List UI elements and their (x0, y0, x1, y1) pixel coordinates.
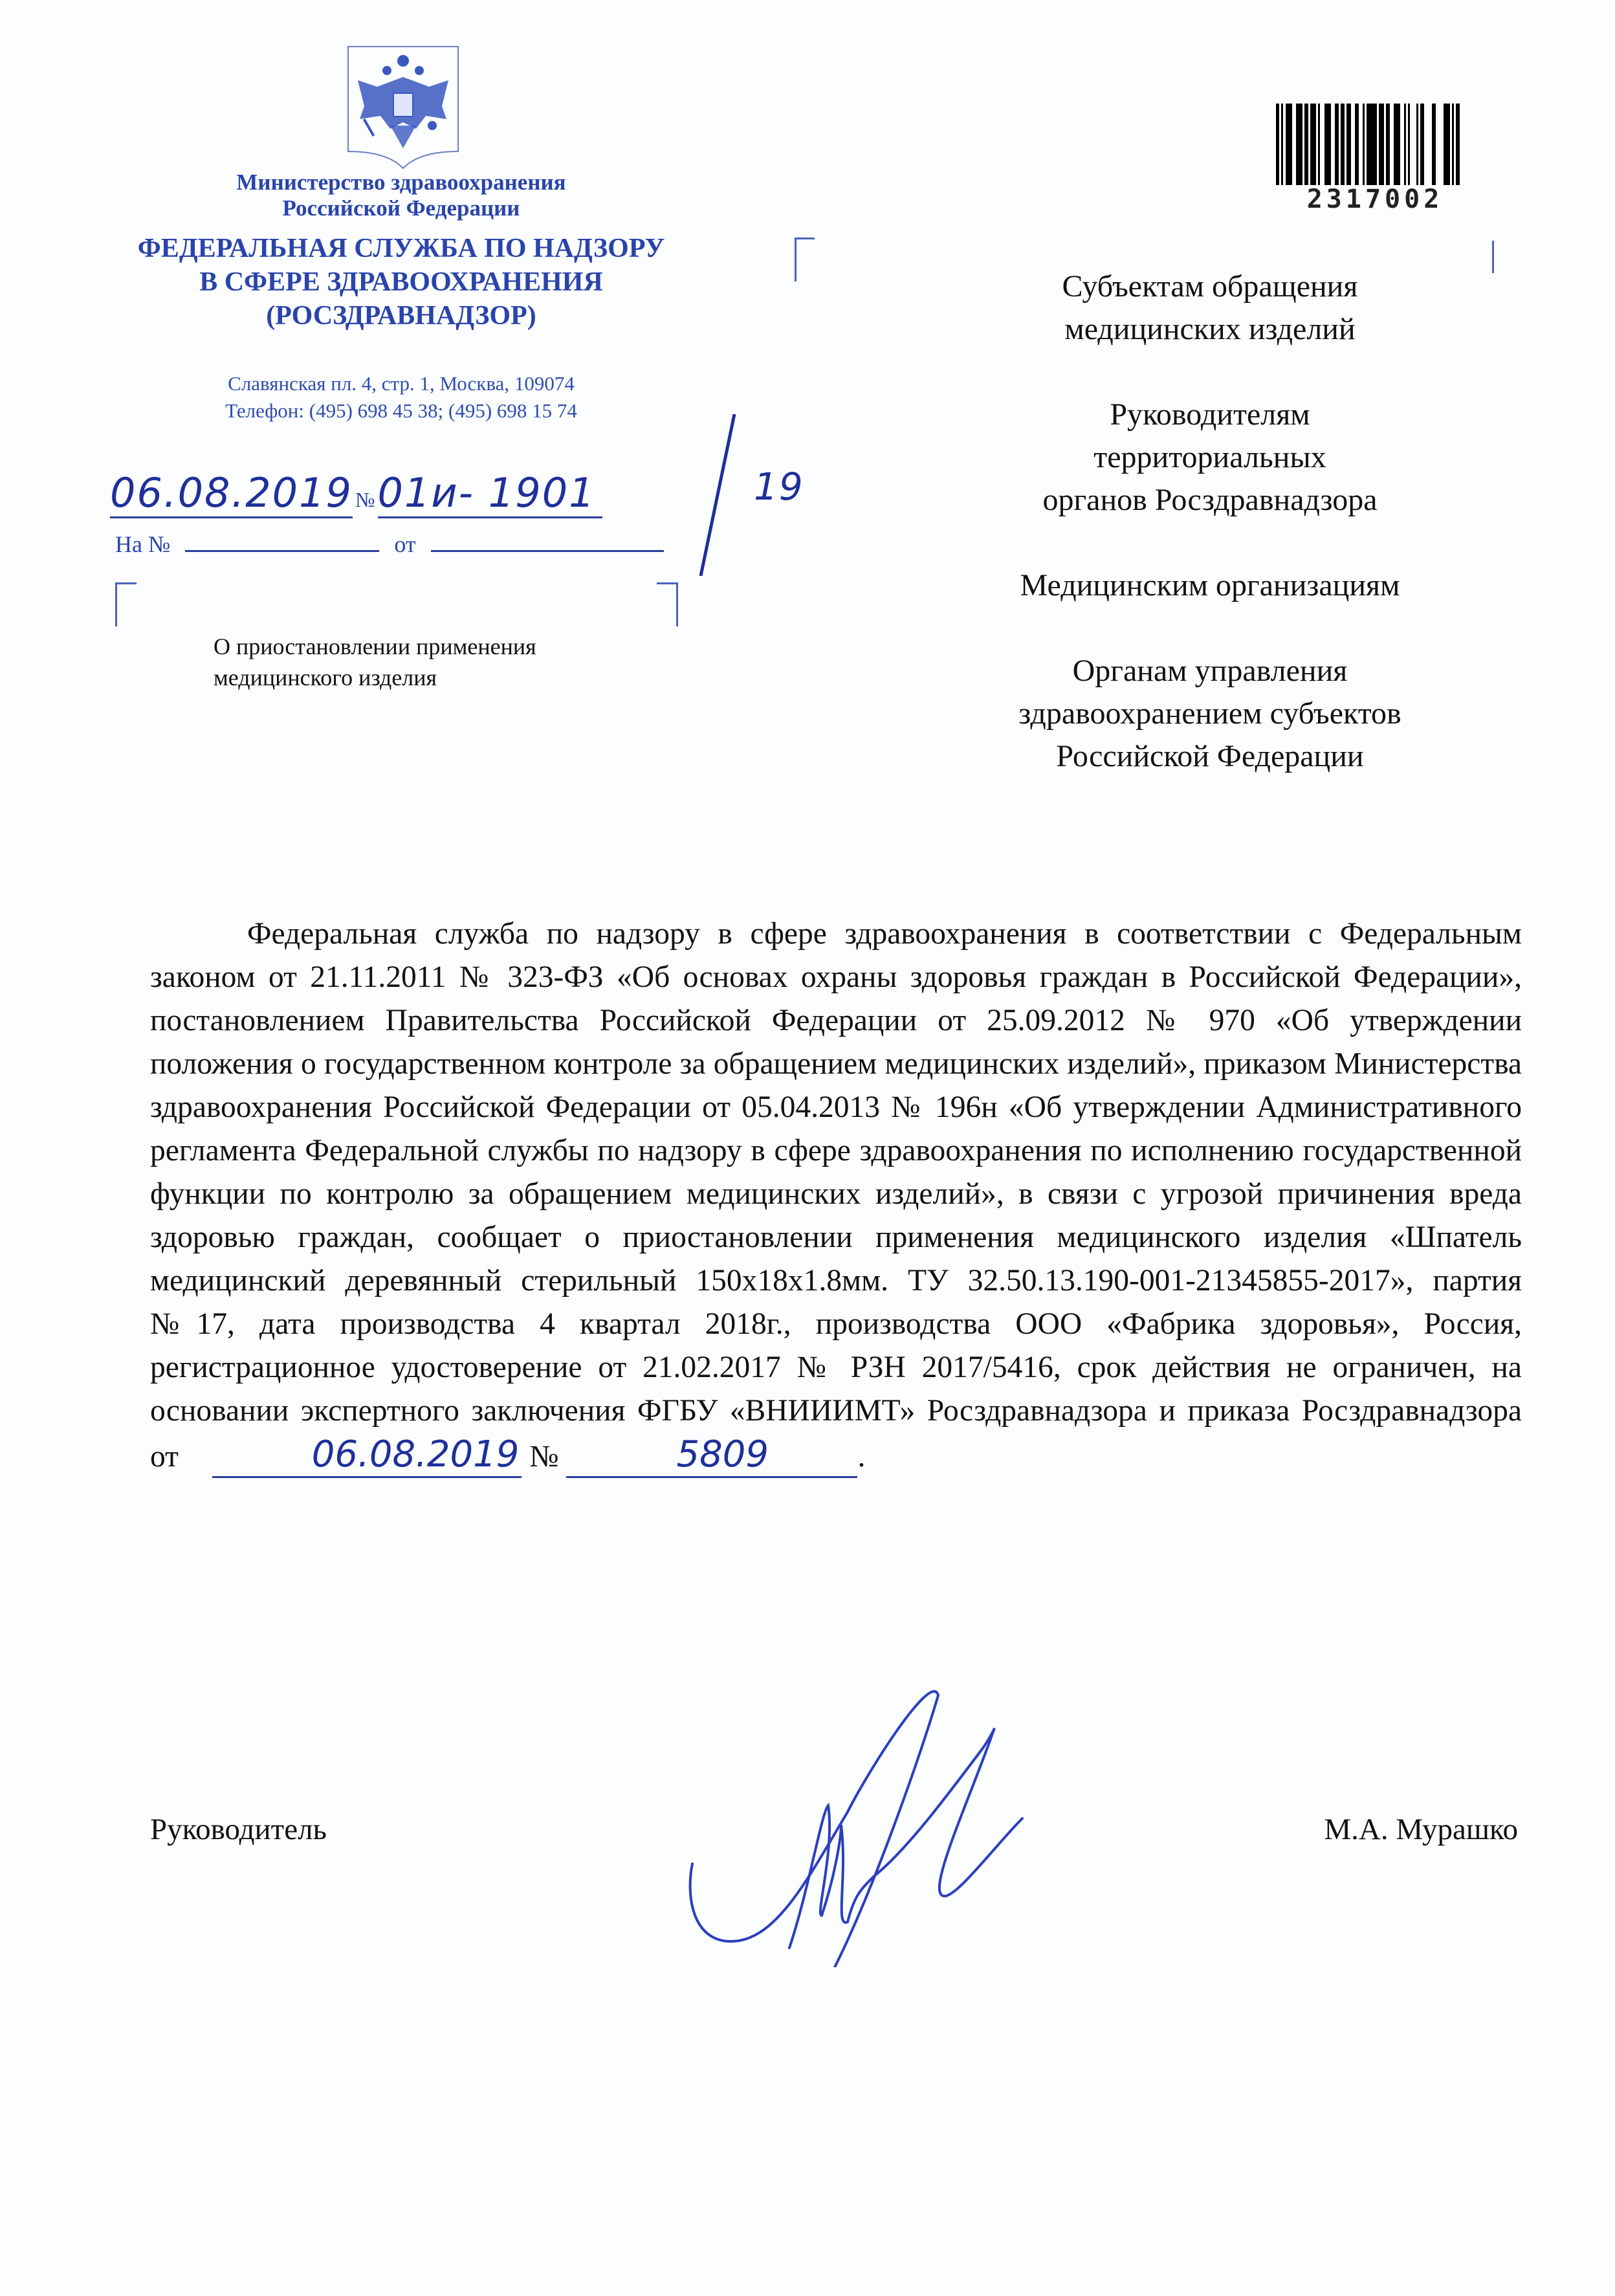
addressee-line: территориальных (925, 436, 1495, 479)
subject-line-2: медицинского изделия (214, 662, 536, 693)
body-paragraph: Федеральная служба по надзору в сфере зд… (150, 917, 1522, 1474)
order-number: 5809 (566, 1433, 857, 1478)
service-name: ФЕДЕРАЛЬНАЯ СЛУЖБА ПО НАДЗОРУ В СФЕРЕ ЗД… (91, 232, 712, 333)
subject-bracket-right (657, 582, 678, 626)
reply-date-field (431, 531, 664, 552)
ministry-line-1: Министерство здравоохранения (129, 170, 673, 195)
addressee-3: Медицинским организациям (925, 564, 1495, 607)
subject-line-1: О приостановлении применения (214, 631, 536, 662)
outgoing-date: 06.08.2019 (110, 469, 353, 518)
slash-mark (696, 414, 741, 576)
reply-no-field (185, 531, 379, 552)
addressee-line: Медицинским организациям (925, 564, 1495, 607)
outgoing-number: 01и- 1901 (378, 469, 602, 518)
subject-bracket-left (115, 582, 137, 626)
addressee-line: Руководителям (925, 393, 1495, 436)
number-sign: № (355, 488, 375, 511)
addressee-1: Субъектам обращения медицинских изделий (925, 265, 1495, 351)
addressee-2: Руководителям территориальных органов Ро… (925, 393, 1495, 522)
service-line-1: ФЕДЕРАЛЬНАЯ СЛУЖБА ПО НАДЗОРУ (91, 232, 712, 265)
service-line-2: В СФЕРЕ ЗДРАВООХРАНЕНИЯ (91, 265, 712, 299)
subject: О приостановлении применения медицинског… (214, 631, 536, 693)
addressee-line: органов Росздравнадзора (925, 479, 1495, 522)
phone: Телефон: (495) 698 45 38; (495) 698 15 7… (129, 397, 673, 425)
addressee-line: здравоохранением субъектов (925, 692, 1495, 735)
address: Славянская пл. 4, стр. 1, Москва, 109074 (129, 370, 673, 397)
letter-body: Федеральная служба по надзору в сфере зд… (150, 912, 1522, 1479)
signatory-name: М.А. Мурашко (1324, 1812, 1518, 1847)
service-line-3: (РОСЗДРАВНАДЗОР) (91, 299, 712, 333)
barcode-number: 2317002 (1268, 184, 1482, 214)
ministry-name: Министерство здравоохранения Российской … (129, 170, 673, 221)
end-period: . (857, 1440, 865, 1474)
addressee-4: Органам управления здравоохранением субъ… (925, 650, 1495, 778)
addressee-line: Субъектам обращения (925, 265, 1495, 308)
addressee-bracket-left (795, 237, 815, 281)
signatory-title: Руководитель (150, 1812, 327, 1847)
order-date: 06.08.2019 (212, 1433, 522, 1478)
ministry-line-2: Российской Федерации (129, 195, 673, 221)
addressee-line: Российской Федерации (925, 735, 1495, 778)
barcode-icon (1276, 104, 1470, 185)
handwritten-signature-icon (660, 1683, 1126, 1967)
addressee-line: медицинских изделий (925, 308, 1495, 351)
coat-of-arms-icon (342, 41, 465, 171)
order-number-label: № (529, 1440, 558, 1474)
reply-no-label: На № (115, 531, 170, 557)
addressee-line: Органам управления (925, 650, 1495, 692)
contact-block: Славянская пл. 4, стр. 1, Москва, 109074… (129, 370, 673, 425)
reply-reference: На № от (115, 531, 664, 558)
reply-from-label: от (394, 531, 415, 557)
addressees: Субъектам обращения медицинских изделий … (925, 265, 1495, 821)
outgoing-number-suffix: 19 (754, 465, 804, 509)
